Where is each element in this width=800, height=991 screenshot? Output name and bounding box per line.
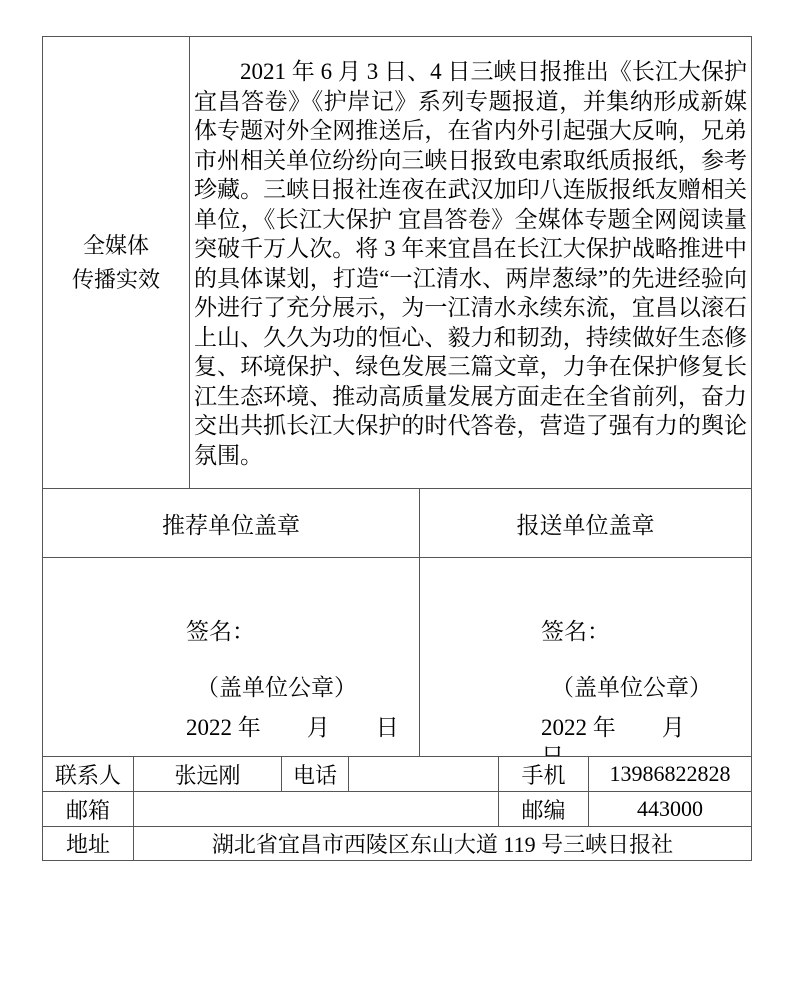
email-row: 邮箱 邮编 443000 bbox=[43, 792, 751, 827]
mobile-value: 13986822828 bbox=[589, 757, 751, 791]
recommend-date-line: 2022 年 月 日 bbox=[186, 713, 419, 742]
award-form-table: 全媒体 传播实效 2021 年 6 月 3 日、4 日三峡日报推出《长江大保护 … bbox=[42, 36, 752, 861]
document-page: 全媒体 传播实效 2021 年 6 月 3 日、4 日三峡日报推出《长江大保护 … bbox=[0, 0, 800, 991]
recommend-unit-seal-header: 推荐单位盖章 bbox=[43, 489, 420, 557]
submit-date-line: 2022 年 月 日 bbox=[541, 713, 751, 756]
postcode-label: 邮编 bbox=[499, 792, 589, 826]
media-effect-label-line1: 全媒体 bbox=[83, 229, 149, 263]
submit-signature-block: 签名： （盖单位公章） 2022 年 月 日 bbox=[420, 558, 751, 756]
media-effect-content-cell: 2021 年 6 月 3 日、4 日三峡日报推出《长江大保护 宜昌答卷》《护岸记… bbox=[190, 37, 751, 488]
phone-label: 电话 bbox=[282, 757, 349, 791]
submit-signature-label: 签名： bbox=[541, 617, 751, 646]
phone-value bbox=[349, 757, 499, 791]
contact-person-label: 联系人 bbox=[43, 757, 134, 791]
email-label: 邮箱 bbox=[43, 792, 134, 826]
recommend-signature-block: 签名： （盖单位公章） 2022 年 月 日 bbox=[43, 558, 420, 756]
email-value bbox=[134, 792, 499, 826]
media-effect-label-line2: 传播实效 bbox=[72, 263, 160, 297]
recommend-stamp-note: （盖单位公章） bbox=[196, 673, 419, 702]
address-label: 地址 bbox=[43, 827, 134, 860]
signature-row: 签名： （盖单位公章） 2022 年 月 日 签名： （盖单位公章） 2022 … bbox=[43, 558, 751, 757]
media-effect-paragraph: 2021 年 6 月 3 日、4 日三峡日报推出《长江大保护 宜昌答卷》《护岸记… bbox=[194, 57, 747, 470]
address-row: 地址 湖北省宜昌市西陵区东山大道 119 号三峡日报社 bbox=[43, 827, 751, 860]
seal-header-row: 推荐单位盖章 报送单位盖章 bbox=[43, 489, 751, 558]
contact-row: 联系人 张远刚 电话 手机 13986822828 bbox=[43, 757, 751, 792]
address-value: 湖北省宜昌市西陵区东山大道 119 号三峡日报社 bbox=[134, 827, 751, 860]
submit-unit-seal-header: 报送单位盖章 bbox=[420, 489, 751, 557]
contact-person-value: 张远刚 bbox=[134, 757, 282, 791]
postcode-value: 443000 bbox=[589, 792, 751, 826]
submit-stamp-note: （盖单位公章） bbox=[551, 673, 751, 702]
media-effect-row: 全媒体 传播实效 2021 年 6 月 3 日、4 日三峡日报推出《长江大保护 … bbox=[43, 37, 751, 489]
mobile-label: 手机 bbox=[499, 757, 589, 791]
media-effect-label-cell: 全媒体 传播实效 bbox=[43, 37, 190, 488]
recommend-signature-label: 签名： bbox=[186, 617, 419, 646]
